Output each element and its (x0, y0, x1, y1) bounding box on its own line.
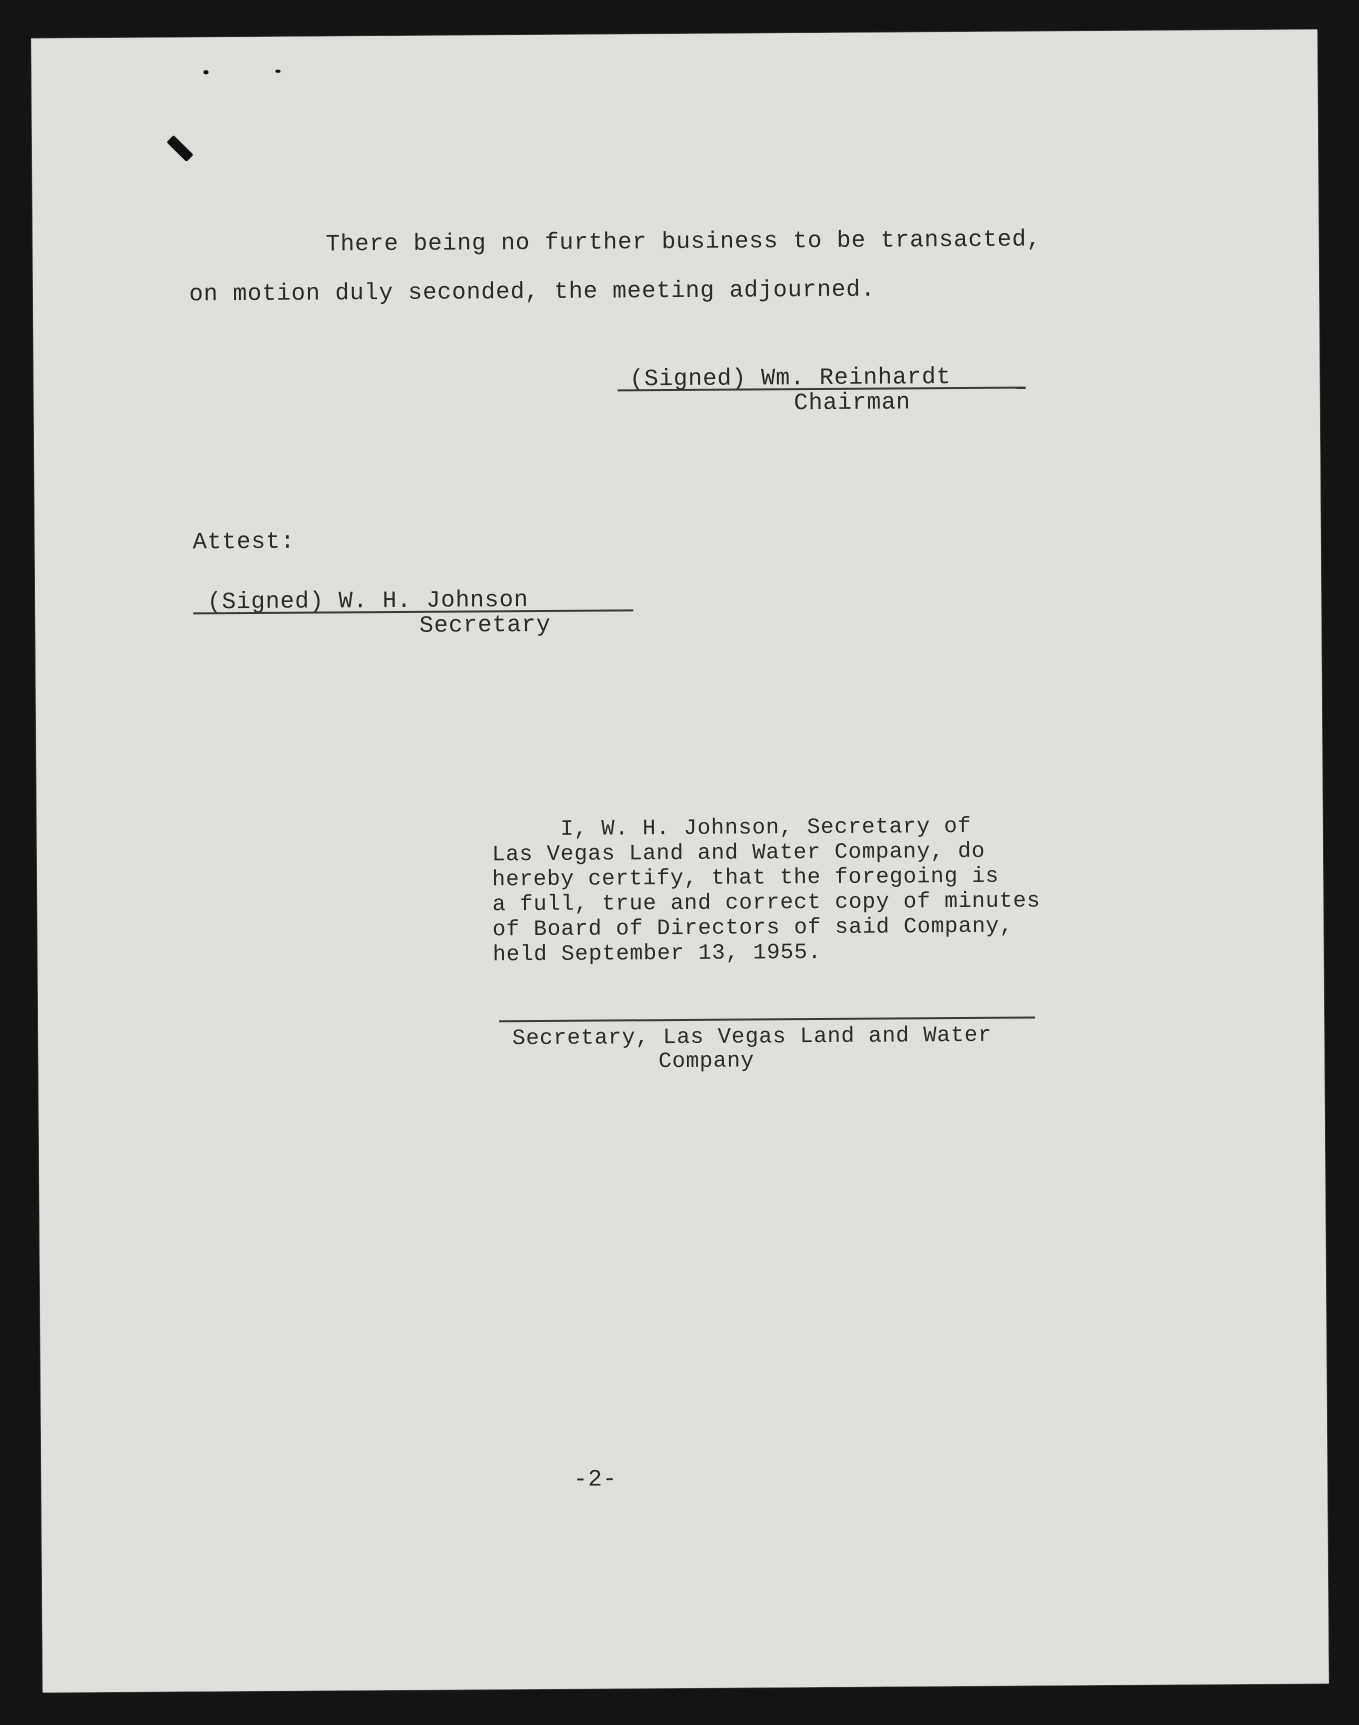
certification-paragraph: I, W. H. Johnson, Secretary of Las Vegas… (492, 813, 1041, 967)
certification-line: I, W. H. Johnson, Secretary of (492, 813, 1040, 842)
closing-line-2: on motion duly seconded, the meeting adj… (189, 277, 875, 309)
certification-line: Las Vegas Land and Water Company, do (492, 838, 1040, 867)
attest-label: Attest: (193, 529, 295, 557)
closing-line-1: There being no further business to be tr… (326, 226, 1042, 258)
document-page: There being no further business to be tr… (31, 30, 1329, 1693)
chairman-title: Chairman (794, 389, 911, 417)
blank-signature-title-line-1: Secretary, Las Vegas Land and Water (512, 1023, 992, 1051)
staple-mark (167, 135, 194, 162)
certification-line: a full, true and correct copy of minutes (492, 888, 1040, 917)
secretary-title: Secretary (419, 612, 551, 640)
ink-speck (203, 70, 208, 74)
certification-line: of Board of Directors of said Company, (492, 913, 1040, 942)
certification-line: hereby certify, that the foregoing is (492, 863, 1040, 892)
page-number: -2- (573, 1466, 617, 1493)
blank-signature-title-line-2: Company (658, 1048, 754, 1074)
blank-signature-line (499, 1017, 1035, 1023)
certification-line: held September 13, 1955. (493, 938, 1041, 967)
ink-speck (275, 70, 280, 73)
